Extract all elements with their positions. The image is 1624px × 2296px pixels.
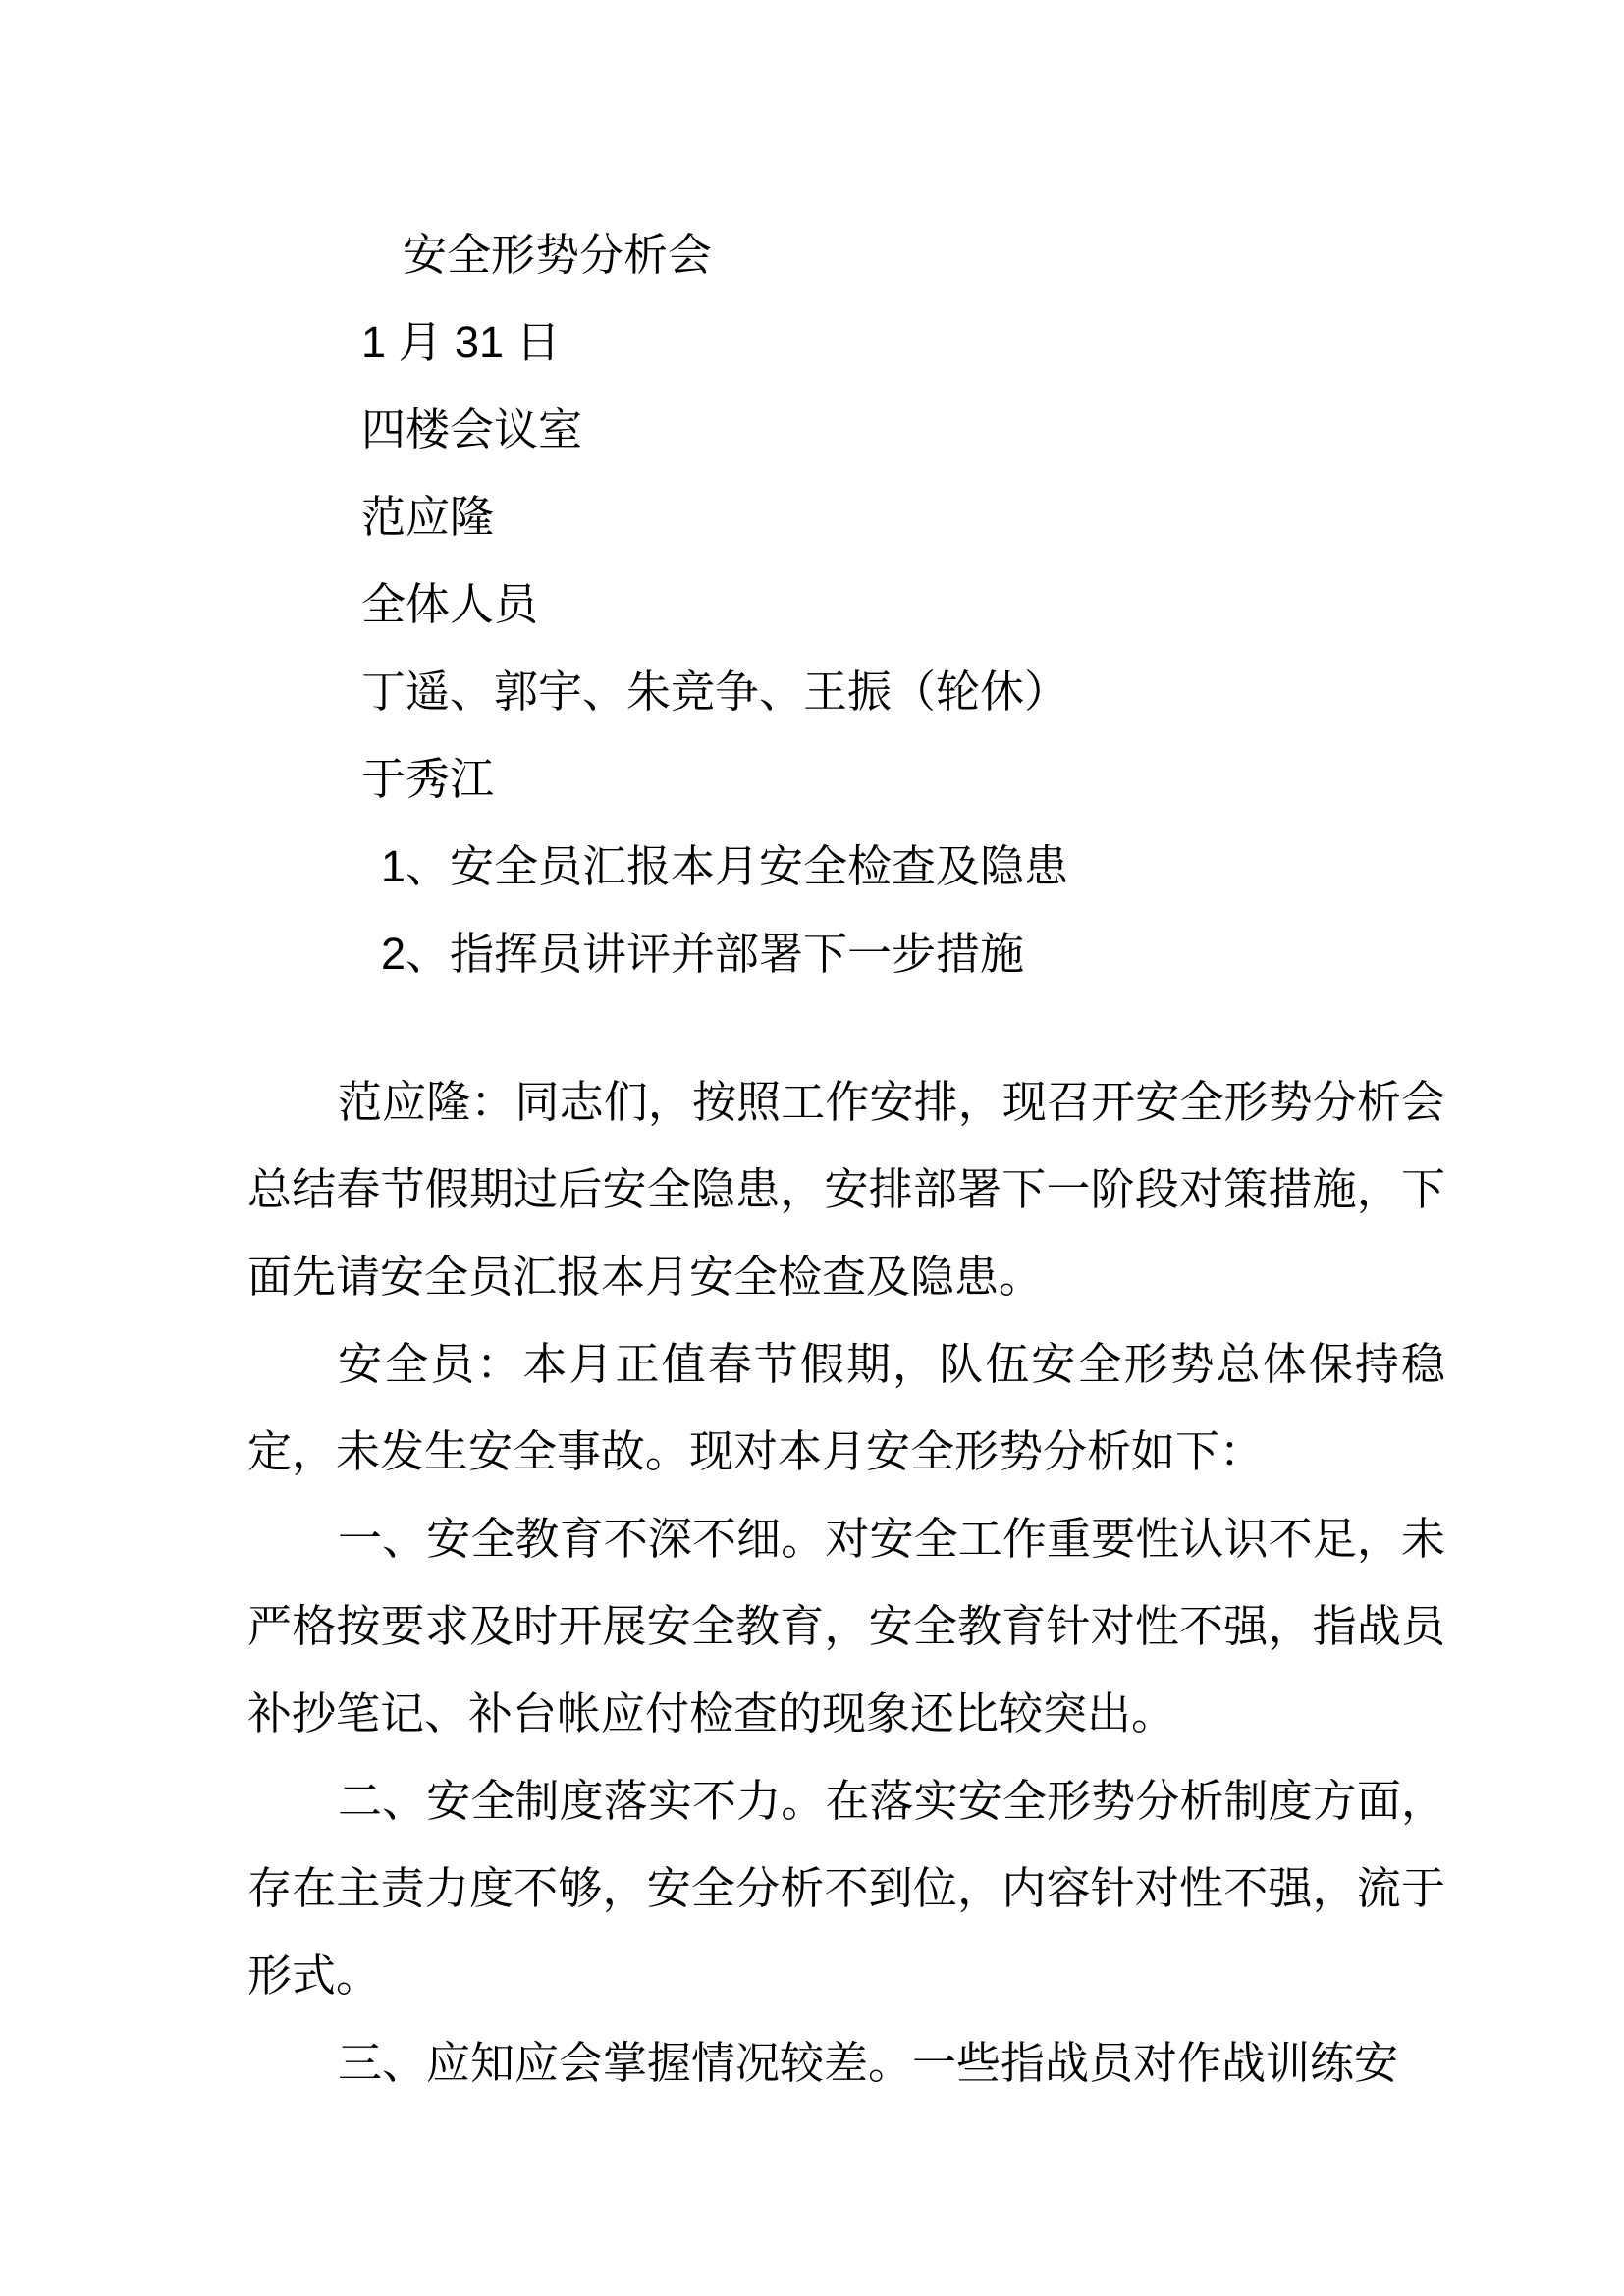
meta-line-host: 范应隆 (247, 473, 1445, 561)
document-page: 安全形势分析会 1 月 31 日 四楼会议室 范应隆 全体人员 丁遥、郭宇、朱竞… (0, 0, 1624, 2296)
agenda-item-2: 2、指挥员讲评并部署下一步措施 (247, 910, 1445, 997)
meta-line-location: 四楼会议室 (247, 386, 1445, 473)
document-content: 安全形势分析会 1 月 31 日 四楼会议室 范应隆 全体人员 丁遥、郭宇、朱竞… (247, 211, 1445, 2107)
meta-line-recorder: 于秀江 (247, 735, 1445, 823)
agenda-item-1: 1、安全员汇报本月安全检查及隐患 (247, 823, 1445, 910)
paragraph-issue-3: 三、应知应会掌握情况较差。一些指战员对作战训练安 (247, 2019, 1445, 2107)
paragraph-safety-officer-report: 安全员：本月正值春节假期，队伍安全形势总体保持稳定，未发生安全事故。现对本月安全… (247, 1320, 1445, 1495)
blank-line (247, 997, 1445, 1058)
meta-line-absent-names: 丁遥、郭宇、朱竞争、王振（轮休） (247, 648, 1445, 735)
paragraph-issue-2: 二、安全制度落实不力。在落实安全形势分析制度方面，存在主责力度不够，安全分析不到… (247, 1757, 1445, 2019)
document-title: 安全形势分析会 (247, 211, 1445, 298)
paragraph-issue-1: 一、安全教育不深不细。对安全工作重要性认识不足，未严格按要求及时开展安全教育，安… (247, 1495, 1445, 1757)
meta-line-attendees: 全体人员 (247, 561, 1445, 648)
paragraph-host-opening: 范应隆：同志们，按照工作安排，现召开安全形势分析会总结春节假期过后安全隐患，安排… (247, 1058, 1445, 1320)
meta-line-date: 1 月 31 日 (247, 298, 1445, 386)
